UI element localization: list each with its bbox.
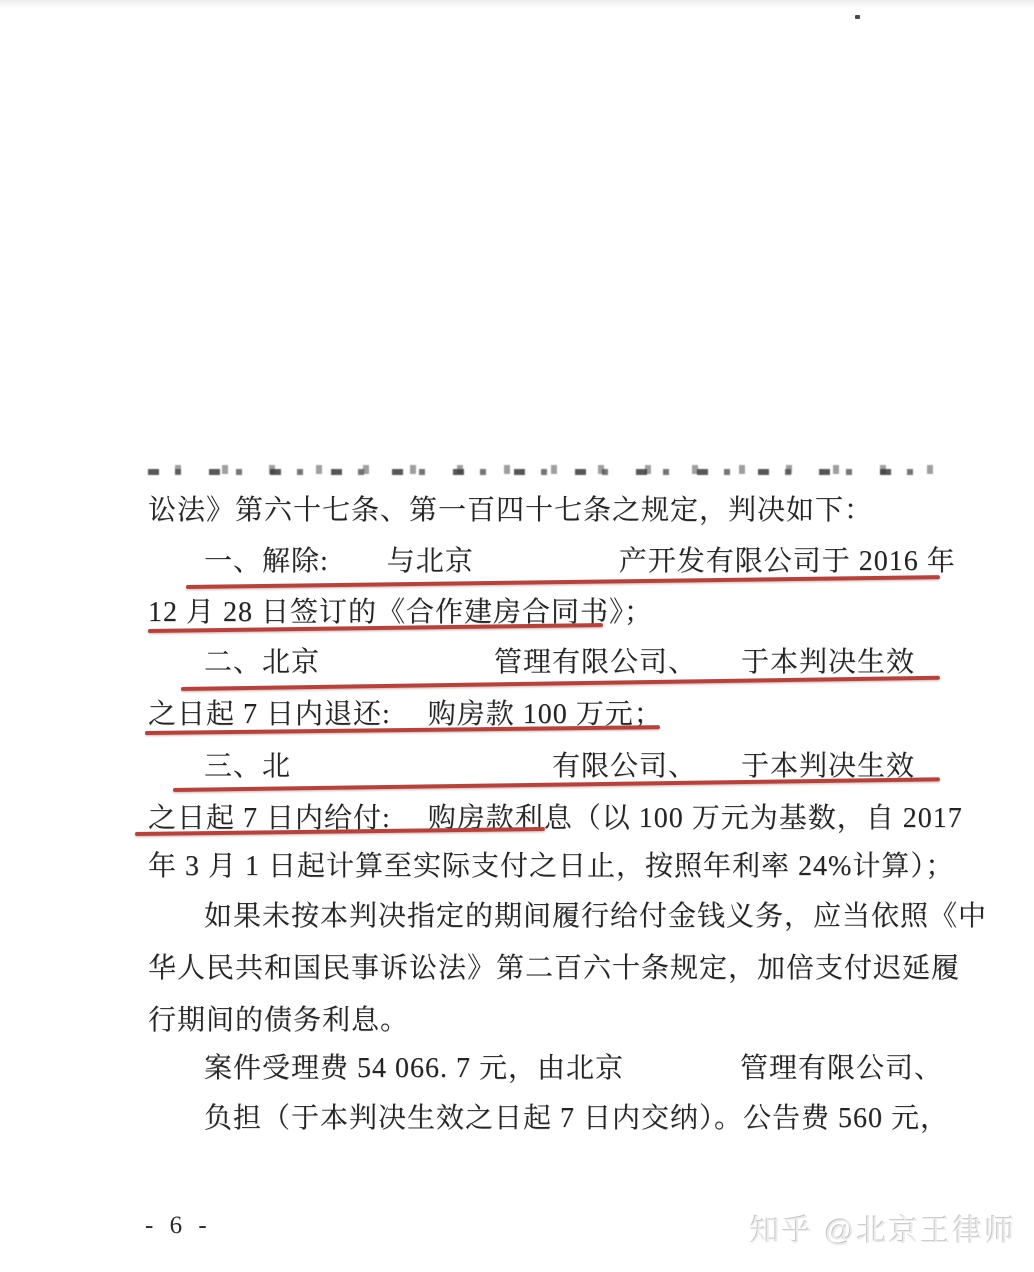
clipped-text-fragments — [148, 463, 938, 476]
zhihu-watermark: 知乎 @北京王律师 — [750, 1206, 1017, 1250]
judgment-line-item-2: 二、北京 管理有限公司、 于本判决生效 — [204, 647, 915, 679]
judgment-line: 如果未按本判决指定的期间履行给付金钱义务，应当依照《中 — [204, 901, 987, 933]
judgment-line: 年 3 月 1 日起计算至实际支付之日止，按照年利率 24%计算）； — [148, 851, 954, 883]
page-number: - 6 - — [145, 1212, 212, 1240]
judgment-line: 负担（于本判决生效之日起 7 日内交纳）。公告费 560 元， — [204, 1103, 949, 1135]
judgment-line: 案件受理费 54 066. 7 元，由北京 管理有限公司、 — [204, 1053, 943, 1085]
scan-top-edge-shading — [0, 0, 1034, 8]
judgment-line: 华人民共和国民事诉讼法》第二百六十条规定，加倍支付迟延履 — [148, 953, 960, 985]
judgment-line-item-1: 一、解除: 与北京 产开发有限公司于 2016 年 — [204, 546, 956, 578]
document-page: 讼法》第六十七条、第一百四十七条之规定，判决如下： 一、解除: 与北京 产开发有… — [0, 0, 1034, 1272]
judgment-line: 讼法》第六十七条、第一百四十七条之规定，判决如下： — [148, 495, 873, 527]
scan-speck — [855, 15, 860, 19]
judgment-line: 行期间的债务利息。 — [148, 1005, 409, 1037]
